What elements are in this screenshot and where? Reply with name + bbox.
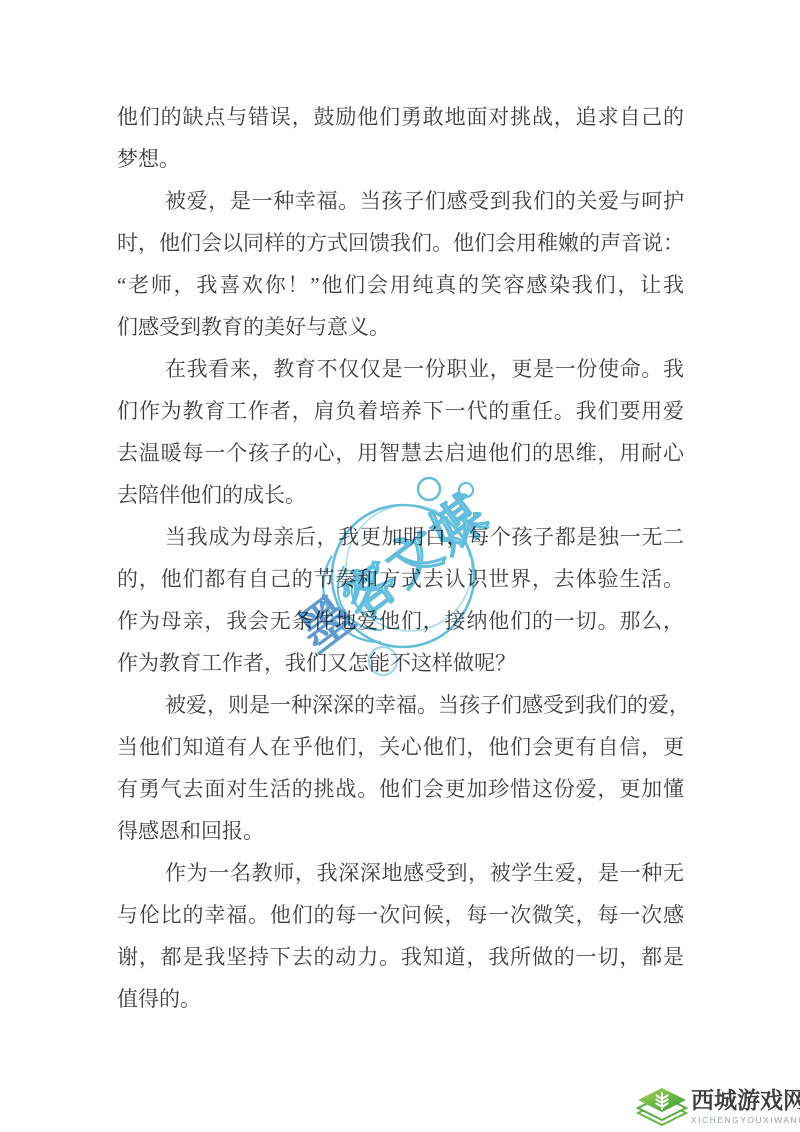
text-line: 有勇气去面对生活的挑战。他们会更加珍惜这份爱，更加懂 — [117, 768, 684, 810]
text-line: 被爱，则是一种深深的幸福。当孩子们感受到我们的爱， — [117, 684, 684, 726]
text-line: 作为一名教师，我深深地感受到，被学生爱，是一种无 — [117, 852, 684, 894]
text-line: 当他们知道有人在乎他们，关心他们，他们会更有自信，更 — [117, 726, 684, 768]
text-line: 的，他们都有自己的节奏和方式去认识世界，去体验生活。 — [117, 558, 684, 600]
site-logo: 西城游戏网 XICHENGYOUXIWANG — [636, 1087, 800, 1127]
text-line: 当我成为母亲后，我更加明白，每个孩子都是独一无二 — [117, 516, 684, 558]
site-name: 西城游戏网 — [691, 1087, 800, 1113]
document-body: 他们的缺点与错误，鼓励他们勇敢地面对挑战，追求自己的梦想。被爱，是一种幸福。当孩… — [117, 96, 684, 1020]
text-line: 作为母亲，我会无条件地爱他们，接纳他们的一切。那么， — [117, 600, 684, 642]
text-line: “老师，我喜欢你！”他们会用纯真的笑容感染我们，让我 — [117, 264, 684, 306]
text-line: 谢，都是我坚持下去的动力。我知道，我所做的一切，都是 — [117, 936, 684, 978]
site-name-pinyin: XICHENGYOUXIWANG — [691, 1115, 800, 1125]
text-line: 与伦比的幸福。他们的每一次问候，每一次微笑，每一次感 — [117, 894, 684, 936]
text-line: 们感受到教育的美好与意义。 — [117, 306, 684, 348]
text-line: 时，他们会以同样的方式回馈我们。他们会用稚嫩的声音说： — [117, 222, 684, 264]
text-line: 作为教育工作者，我们又怎能不这样做呢？ — [117, 642, 684, 684]
text-line: 被爱，是一种幸福。当孩子们感受到我们的关爱与呵护 — [117, 180, 684, 222]
text-line: 梦想。 — [117, 138, 684, 180]
text-line: 在我看来，教育不仅仅是一份职业，更是一份使命。我 — [117, 348, 684, 390]
text-line: 们作为教育工作者，肩负着培养下一代的重任。我们要用爱 — [117, 390, 684, 432]
text-line: 得感恩和回报。 — [117, 810, 684, 852]
text-line: 去温暖每一个孩子的心，用智慧去启迪他们的思维，用耐心 — [117, 432, 684, 474]
wheat-logo-icon — [636, 1087, 688, 1127]
text-line: 值得的。 — [117, 978, 684, 1020]
text-line: 他们的缺点与错误，鼓励他们勇敢地面对挑战，追求自己的 — [117, 96, 684, 138]
text-line: 去陪伴他们的成长。 — [117, 474, 684, 516]
